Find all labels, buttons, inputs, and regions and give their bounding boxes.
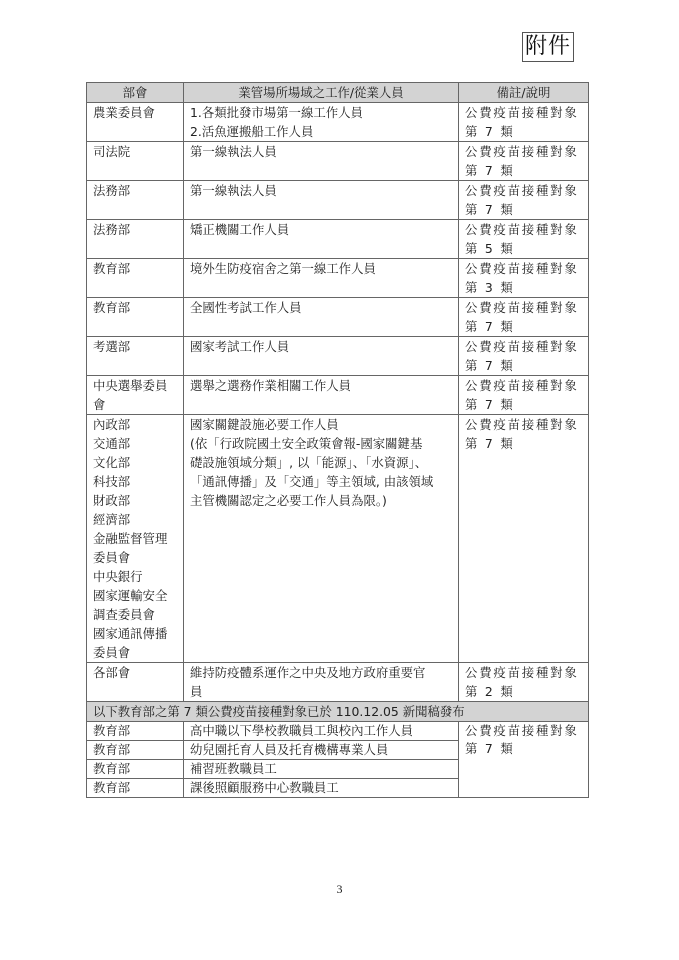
table-row: 教育部高中職以下學校教職員工與校內工作人員公費疫苗接種對象第 7 類 (87, 722, 589, 741)
table-row: 教育部全國性考試工作人員公費疫苗接種對象第 7 類 (87, 298, 589, 337)
workers-cell: 矯正機關工作人員 (184, 220, 459, 259)
education-rows: 教育部高中職以下學校教職員工與校內工作人員公費疫苗接種對象第 7 類教育部幼兒園… (87, 722, 589, 798)
table-row: 法務部第一線執法人員公費疫苗接種對象第 7 類 (87, 181, 589, 220)
table-row: 司法院第一線執法人員公費疫苗接種對象第 7 類 (87, 142, 589, 181)
department-cell-line: 經濟部 (93, 510, 179, 529)
note-cell: 公費疫苗接種對象第 7 類 (459, 142, 589, 181)
department-cell: 法務部 (87, 181, 184, 220)
note-cell-line: 公費疫苗接種對象 (465, 181, 584, 200)
department-cell-line: 國家通訊傳播 (93, 624, 179, 643)
note-cell: 公費疫苗接種對象第 7 類 (459, 298, 589, 337)
workers-cell: 第一線執法人員 (184, 181, 459, 220)
note-cell: 公費疫苗接種對象第 7 類 (459, 376, 589, 415)
workers-cell: 高中職以下學校教職員工與校內工作人員 (184, 722, 459, 741)
note-cell: 公費疫苗接種對象第 2 類 (459, 663, 589, 702)
department-cell-line: 委員會 (93, 548, 179, 567)
department-cell: 農業委員會 (87, 103, 184, 142)
department-cell: 司法院 (87, 142, 184, 181)
note-cell-line: 公費疫苗接種對象 (465, 415, 584, 434)
note-cell-line: 第 2 類 (465, 682, 584, 701)
department-cell: 教育部 (87, 298, 184, 337)
vaccine-eligibility-table: 部會 業管場所場域之工作/從業人員 備註/說明 農業委員會1.各類批發市場第一線… (86, 82, 589, 798)
page-number: 3 (0, 882, 679, 897)
workers-cell: 補習班教職員工 (184, 760, 459, 779)
header-note: 備註/說明 (459, 83, 589, 103)
workers-cell-line: 國家考試工作人員 (190, 337, 454, 356)
department-cell-line: 中央銀行 (93, 567, 179, 586)
note-cell: 公費疫苗接種對象第 3 類 (459, 259, 589, 298)
banner-text: 以下教育部之第 7 類公費疫苗接種對象已於 110.12.05 新聞稿發布 (87, 702, 589, 722)
table-body: 農業委員會1.各類批發市場第一線工作人員2.活魚運搬船工作人員公費疫苗接種對象第… (87, 103, 589, 702)
workers-cell-line: 第一線執法人員 (190, 181, 454, 200)
workers-cell: 1.各類批發市場第一線工作人員2.活魚運搬船工作人員 (184, 103, 459, 142)
department-cell-line: 科技部 (93, 472, 179, 491)
workers-cell-line: (依「行政院國土安全政策會報-國家關鍵基 (190, 434, 454, 453)
note-cell-line: 第 7 類 (465, 740, 584, 758)
note-cell: 公費疫苗接種對象第 7 類 (459, 722, 589, 798)
note-cell-line: 公費疫苗接種對象 (465, 142, 584, 161)
note-cell-line: 公費疫苗接種對象 (465, 722, 584, 740)
department-cell: 教育部 (87, 779, 184, 798)
workers-cell-line: 主管機關認定之必要工作人員為限。) (190, 491, 454, 510)
workers-cell: 全國性考試工作人員 (184, 298, 459, 337)
workers-cell-line: 全國性考試工作人員 (190, 298, 454, 317)
department-cell: 教育部 (87, 760, 184, 779)
department-cell: 內政部交通部文化部科技部財政部經濟部金融監督管理委員會中央銀行國家運輸安全調查委… (87, 415, 184, 663)
workers-cell: 維持防疫體系運作之中央及地方政府重要官員 (184, 663, 459, 702)
note-cell: 公費疫苗接種對象第 7 類 (459, 103, 589, 142)
department-cell-line: 法務部 (93, 181, 179, 200)
note-cell-line: 第 7 類 (465, 317, 584, 336)
table-row: 中央選舉委員會選舉之選務作業相關工作人員公費疫苗接種對象第 7 類 (87, 376, 589, 415)
workers-cell-line: 第一線執法人員 (190, 142, 454, 161)
note-cell-line: 公費疫苗接種對象 (465, 220, 584, 239)
workers-cell-line: 維持防疫體系運作之中央及地方政府重要官 (190, 663, 454, 682)
department-cell: 教育部 (87, 259, 184, 298)
department-cell-line: 教育部 (93, 298, 179, 317)
department-cell-line: 金融監督管理 (93, 529, 179, 548)
department-cell: 考選部 (87, 337, 184, 376)
department-cell-line: 交通部 (93, 434, 179, 453)
note-cell-line: 公費疫苗接種對象 (465, 376, 584, 395)
table-row: 內政部交通部文化部科技部財政部經濟部金融監督管理委員會中央銀行國家運輸安全調查委… (87, 415, 589, 663)
department-cell-line: 委員會 (93, 643, 179, 662)
workers-cell: 境外生防疫宿舍之第一線工作人員 (184, 259, 459, 298)
table-header-row: 部會 業管場所場域之工作/從業人員 備註/說明 (87, 83, 589, 103)
note-cell-line: 第 3 類 (465, 278, 584, 297)
note-cell-line: 第 7 類 (465, 161, 584, 180)
table-banner-row: 以下教育部之第 7 類公費疫苗接種對象已於 110.12.05 新聞稿發布 (87, 702, 589, 722)
department-cell-line: 文化部 (93, 453, 179, 472)
workers-cell-line: 員 (190, 682, 454, 701)
header-department: 部會 (87, 83, 184, 103)
note-cell: 公費疫苗接種對象第 7 類 (459, 337, 589, 376)
workers-cell-line: 矯正機關工作人員 (190, 220, 454, 239)
department-cell-line: 會 (93, 395, 179, 414)
workers-cell-line: 國家關鍵設施必要工作人員 (190, 415, 454, 434)
workers-cell: 課後照顧服務中心教職員工 (184, 779, 459, 798)
workers-cell: 選舉之選務作業相關工作人員 (184, 376, 459, 415)
department-cell-line: 考選部 (93, 337, 179, 356)
note-cell-line: 公費疫苗接種對象 (465, 663, 584, 682)
department-cell: 各部會 (87, 663, 184, 702)
workers-cell-line: 「通訊傳播」及「交通」等主領域, 由該領域 (190, 472, 454, 491)
department-cell: 教育部 (87, 722, 184, 741)
note-cell: 公費疫苗接種對象第 5 類 (459, 220, 589, 259)
note-cell: 公費疫苗接種對象第 7 類 (459, 415, 589, 663)
workers-cell-line: 2.活魚運搬船工作人員 (190, 122, 454, 141)
department-cell-line: 財政部 (93, 491, 179, 510)
note-cell-line: 第 7 類 (465, 122, 584, 141)
workers-cell: 幼兒園托育人員及托育機構專業人員 (184, 741, 459, 760)
department-cell: 法務部 (87, 220, 184, 259)
workers-cell-line: 礎設施領域分類」, 以「能源」、「水資源」、 (190, 453, 454, 472)
department-cell: 教育部 (87, 741, 184, 760)
workers-cell-line: 境外生防疫宿舍之第一線工作人員 (190, 259, 454, 278)
header-workers: 業管場所場域之工作/從業人員 (184, 83, 459, 103)
table-row: 考選部國家考試工作人員公費疫苗接種對象第 7 類 (87, 337, 589, 376)
note-cell-line: 第 7 類 (465, 434, 584, 453)
department-cell: 中央選舉委員會 (87, 376, 184, 415)
annex-label: 附件 (522, 32, 574, 62)
department-cell-line: 農業委員會 (93, 103, 179, 122)
workers-cell-line: 選舉之選務作業相關工作人員 (190, 376, 454, 395)
note-cell-line: 第 7 類 (465, 356, 584, 375)
note-cell-line: 公費疫苗接種對象 (465, 337, 584, 356)
department-cell-line: 各部會 (93, 663, 179, 682)
department-cell-line: 法務部 (93, 220, 179, 239)
workers-cell: 國家考試工作人員 (184, 337, 459, 376)
table-row: 法務部矯正機關工作人員公費疫苗接種對象第 5 類 (87, 220, 589, 259)
note-cell-line: 公費疫苗接種對象 (465, 259, 584, 278)
note-cell-line: 第 7 類 (465, 395, 584, 414)
note-cell: 公費疫苗接種對象第 7 類 (459, 181, 589, 220)
department-cell-line: 教育部 (93, 259, 179, 278)
note-cell-line: 公費疫苗接種對象 (465, 103, 584, 122)
table-row: 教育部境外生防疫宿舍之第一線工作人員公費疫苗接種對象第 3 類 (87, 259, 589, 298)
note-cell-line: 第 7 類 (465, 200, 584, 219)
table-row: 農業委員會1.各類批發市場第一線工作人員2.活魚運搬船工作人員公費疫苗接種對象第… (87, 103, 589, 142)
workers-cell-line: 1.各類批發市場第一線工作人員 (190, 103, 454, 122)
department-cell-line: 國家運輸安全 (93, 586, 179, 605)
department-cell-line: 中央選舉委員 (93, 376, 179, 395)
department-cell-line: 調查委員會 (93, 605, 179, 624)
department-cell-line: 內政部 (93, 415, 179, 434)
note-cell-line: 公費疫苗接種對象 (465, 298, 584, 317)
workers-cell: 國家關鍵設施必要工作人員 (依「行政院國土安全政策會報-國家關鍵基礎設施領域分類… (184, 415, 459, 663)
department-cell-line: 司法院 (93, 142, 179, 161)
table-row: 各部會維持防疫體系運作之中央及地方政府重要官員公費疫苗接種對象第 2 類 (87, 663, 589, 702)
workers-cell: 第一線執法人員 (184, 142, 459, 181)
note-cell-line: 第 5 類 (465, 239, 584, 258)
